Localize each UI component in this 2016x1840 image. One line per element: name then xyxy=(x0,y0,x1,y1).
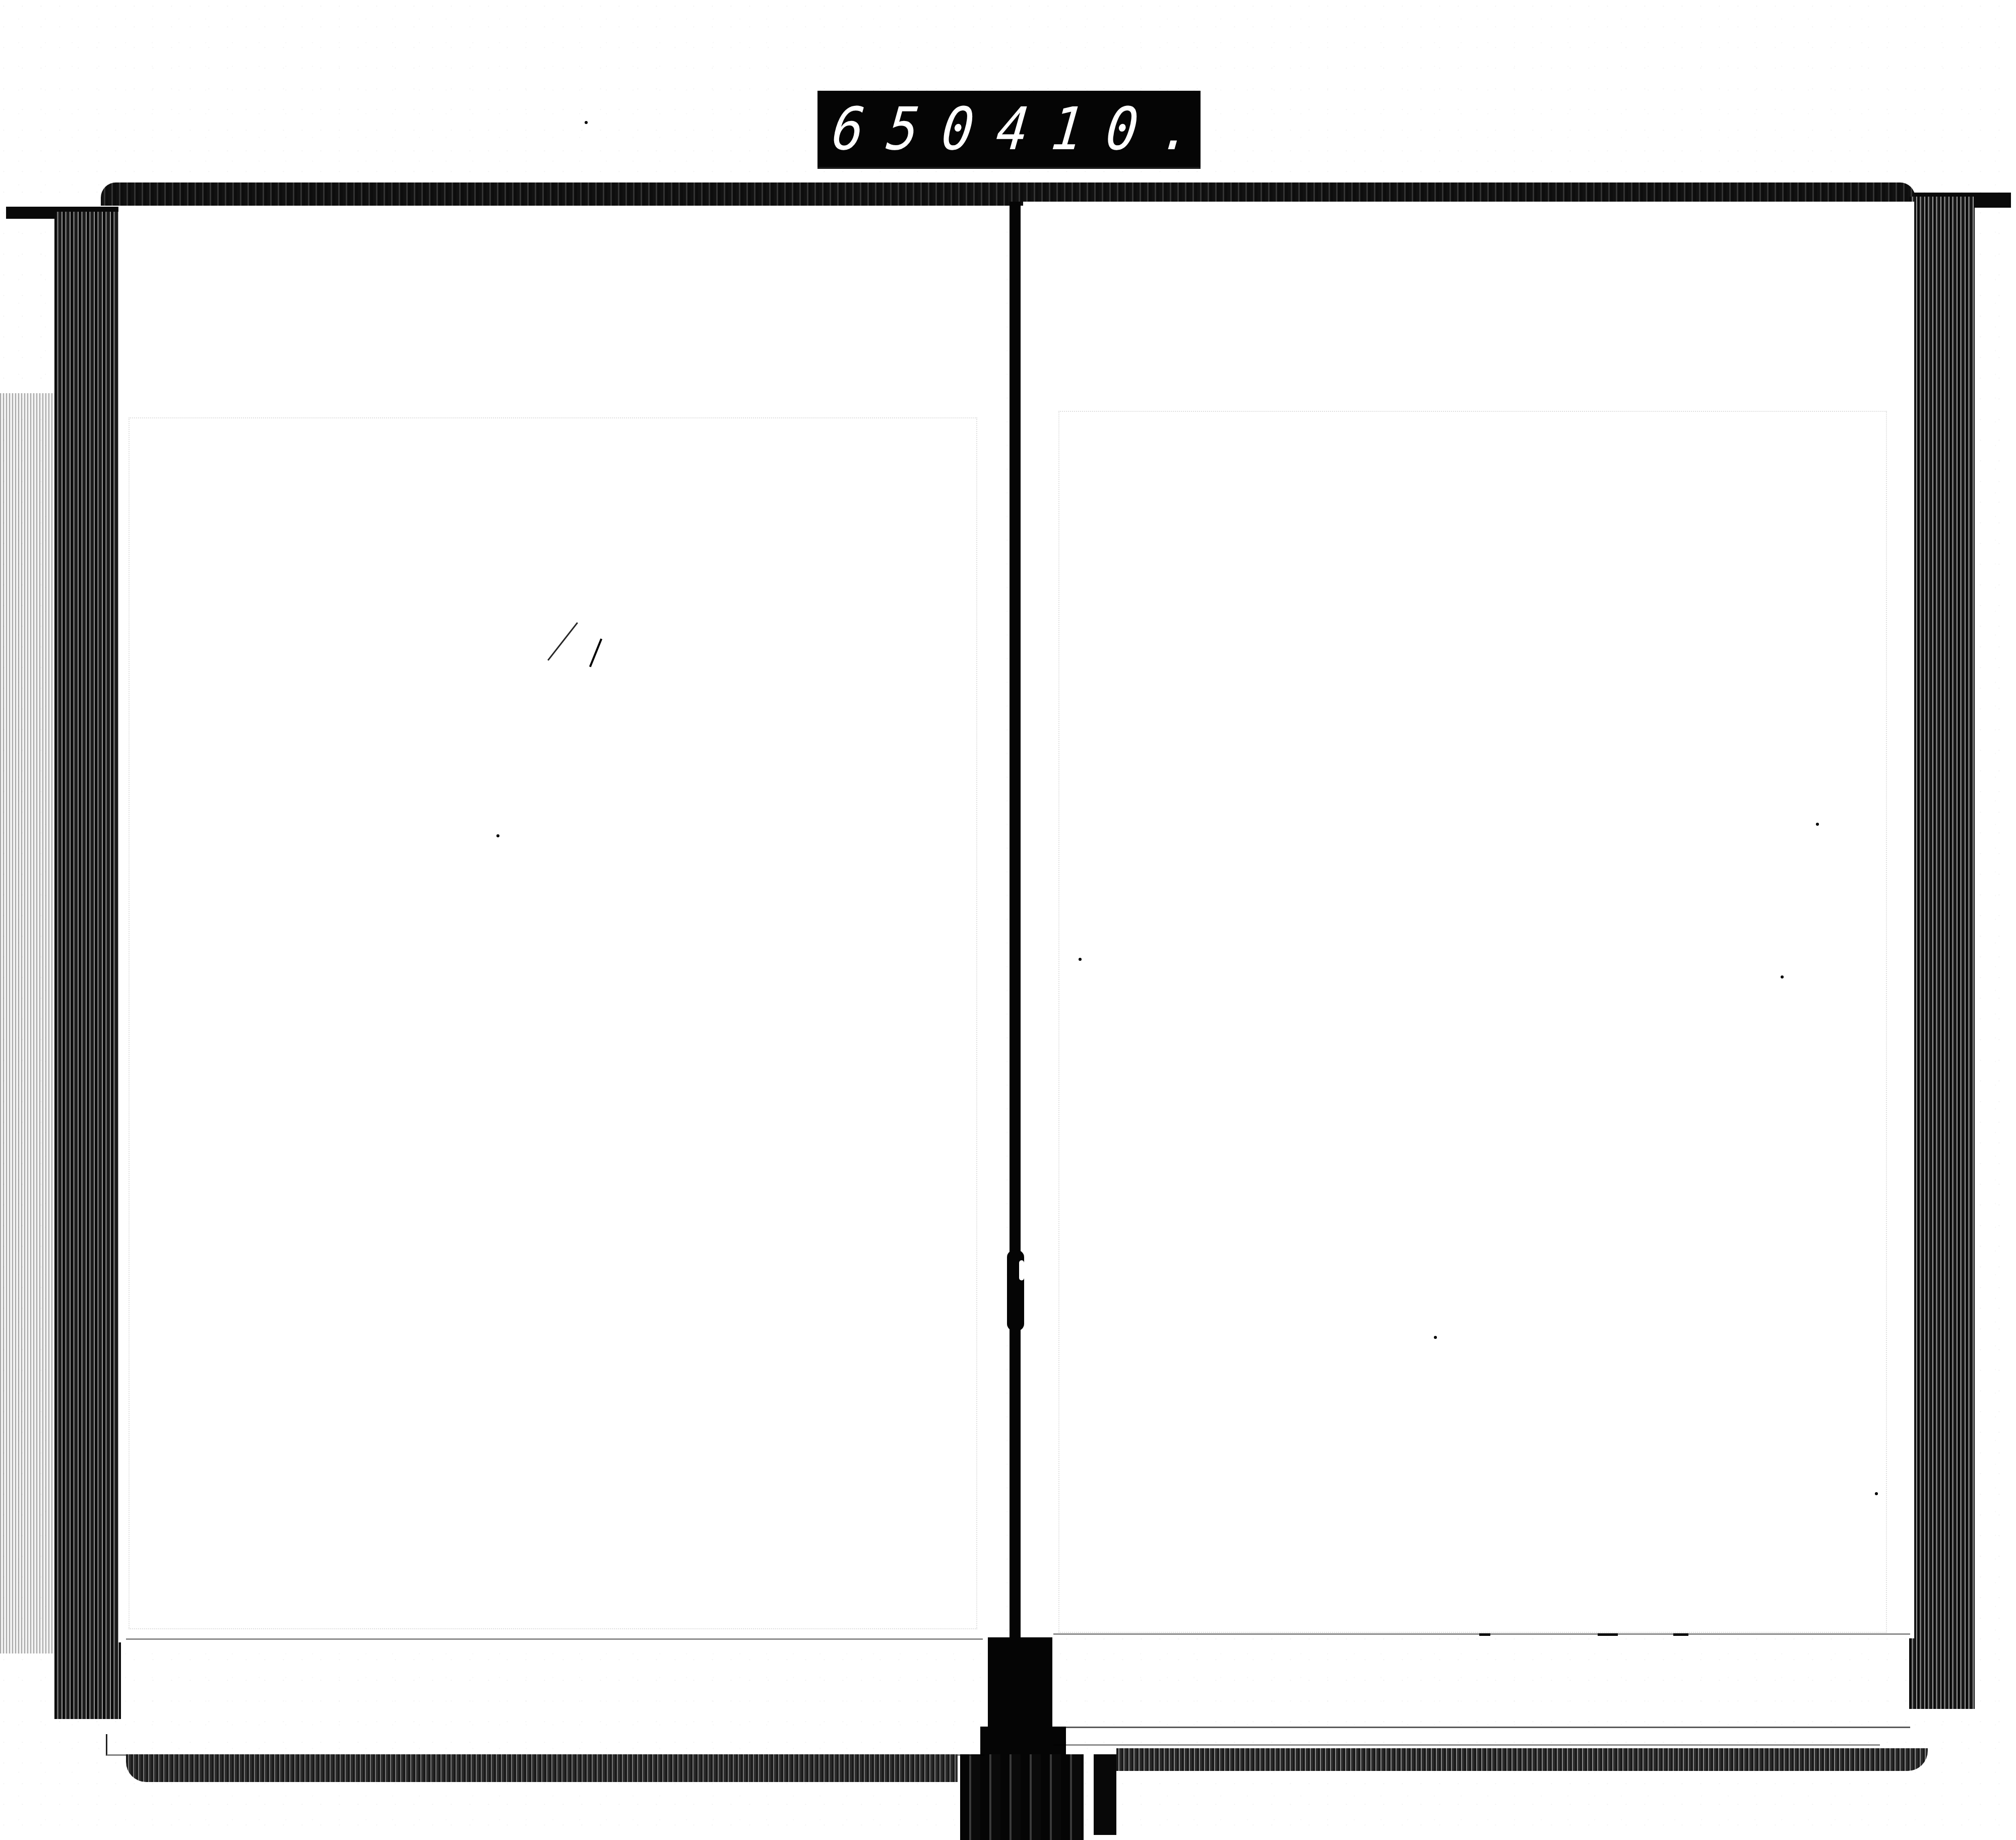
page-bottom-line xyxy=(126,1638,983,1640)
speck xyxy=(1079,958,1082,961)
left-page xyxy=(118,206,1005,1642)
right-page xyxy=(1023,202,1914,1638)
dash-mark xyxy=(1598,1633,1618,1636)
left-page-ruled-area xyxy=(129,417,977,1629)
binding-block xyxy=(980,1727,1066,1757)
speck xyxy=(1816,823,1819,826)
page-bottom-line xyxy=(1053,1744,1880,1746)
speck xyxy=(1781,975,1784,978)
frame-number-label: 650 410. xyxy=(817,91,1201,169)
speck xyxy=(496,834,499,837)
speck xyxy=(1875,1492,1878,1495)
binding-block xyxy=(960,1754,1084,1840)
cover-bottom-left xyxy=(126,1754,958,1782)
dash-mark xyxy=(1673,1633,1688,1636)
page-bottom-line xyxy=(1053,1727,1910,1728)
spine-gap xyxy=(1019,1260,1024,1280)
binding-block xyxy=(1094,1754,1116,1835)
binding-block xyxy=(988,1637,1052,1738)
page-edges-right xyxy=(1909,197,1975,1709)
dash-mark xyxy=(1479,1633,1490,1636)
page-edges-left xyxy=(54,212,121,1719)
frame-number-left: 650 xyxy=(830,99,1000,158)
right-page-ruled-area xyxy=(1058,411,1887,1633)
cover-bottom-right xyxy=(1116,1748,1928,1771)
scan-shadow-left xyxy=(0,393,55,1653)
speck xyxy=(1434,1336,1437,1339)
frame-number-right: 410. xyxy=(994,99,1219,158)
speck xyxy=(585,121,588,124)
left-page-bottom-edge xyxy=(106,1734,984,1756)
book-spine-gutter xyxy=(1010,202,1021,1643)
